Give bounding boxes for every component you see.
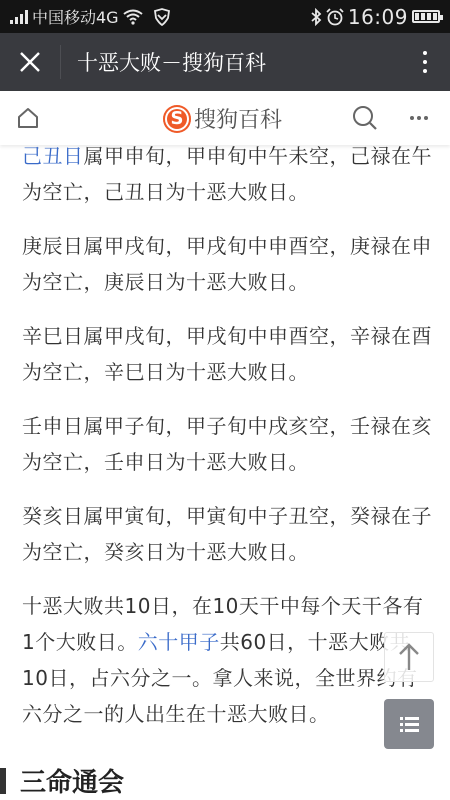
status-time: 16:09 bbox=[348, 5, 408, 29]
paragraph-guihai: 癸亥日属甲寅旬，甲寅旬中子丑空，癸禄在子为空亡，癸亥日为十恶大败日。 bbox=[22, 498, 432, 570]
battery-icon bbox=[412, 10, 440, 23]
site-nav: S 搜狗百科 bbox=[0, 91, 450, 145]
shield-icon bbox=[153, 8, 171, 26]
back-to-top-button[interactable] bbox=[384, 632, 434, 682]
search-button[interactable] bbox=[350, 103, 380, 133]
carrier-label: 中国移动4G bbox=[32, 5, 119, 28]
sogou-baike-logo[interactable]: S 搜狗百科 bbox=[163, 103, 282, 134]
wifi-icon bbox=[123, 9, 143, 25]
paragraph-summary: 十恶大败共10日，在10天干中每个天干各有1个大败日。六十甲子共60日，十恶大败… bbox=[22, 588, 432, 732]
more-dots-button[interactable] bbox=[404, 103, 434, 133]
paragraph-jichou: 己丑日属甲申旬，甲申旬中午未空，己禄在午为空亡，己丑日为十恶大败日。 bbox=[22, 138, 432, 210]
article-content: 己丑日属甲申旬，甲申旬中午未空，己禄在午为空亡，己丑日为十恶大败日。 庚辰日属甲… bbox=[22, 138, 432, 750]
sogou-logo-icon: S bbox=[163, 105, 191, 133]
table-of-contents-button[interactable] bbox=[384, 699, 434, 749]
bluetooth-icon bbox=[310, 8, 322, 26]
paragraph-gengchen: 庚辰日属甲戌旬，甲戌旬中申酉空，庚禄在申为空亡，庚辰日为十恶大败日。 bbox=[22, 228, 432, 300]
title-divider bbox=[60, 45, 61, 79]
section-heading: 三命通会 bbox=[0, 762, 124, 799]
list-icon bbox=[400, 717, 419, 732]
vertical-dots-icon bbox=[423, 51, 427, 73]
page-title: 十恶大败－搜狗百科 bbox=[77, 47, 266, 77]
paragraph-xinsi: 辛巳日属甲戌旬，甲戌旬中申酉空，辛禄在酉为空亡，辛巳日为十恶大败日。 bbox=[22, 318, 432, 390]
status-bar: 中国移动4G 16:09 bbox=[0, 0, 450, 33]
status-left: 中国移动4G bbox=[10, 5, 171, 28]
section-title: 三命通会 bbox=[20, 762, 124, 799]
title-bar: 十恶大败－搜狗百科 bbox=[0, 33, 450, 91]
home-button[interactable] bbox=[0, 91, 56, 145]
more-options-button[interactable] bbox=[400, 33, 450, 91]
signal-icon bbox=[10, 10, 28, 24]
link-jichou[interactable]: 己丑日 bbox=[22, 144, 84, 168]
more-dots-icon bbox=[410, 116, 414, 120]
heading-marker bbox=[0, 768, 6, 794]
link-liushijiazi[interactable]: 六十甲子 bbox=[138, 630, 220, 654]
status-right: 16:09 bbox=[310, 5, 440, 29]
close-button[interactable] bbox=[0, 33, 60, 91]
search-icon bbox=[350, 103, 380, 133]
logo-text: 搜狗百科 bbox=[194, 103, 282, 134]
arrow-up-icon bbox=[397, 642, 421, 672]
alarm-icon bbox=[326, 8, 344, 26]
paragraph-renshen: 壬申日属甲子旬，甲子旬中戌亥空，壬禄在亥为空亡，壬申日为十恶大败日。 bbox=[22, 408, 432, 480]
home-icon bbox=[16, 106, 40, 130]
close-icon bbox=[19, 51, 41, 73]
